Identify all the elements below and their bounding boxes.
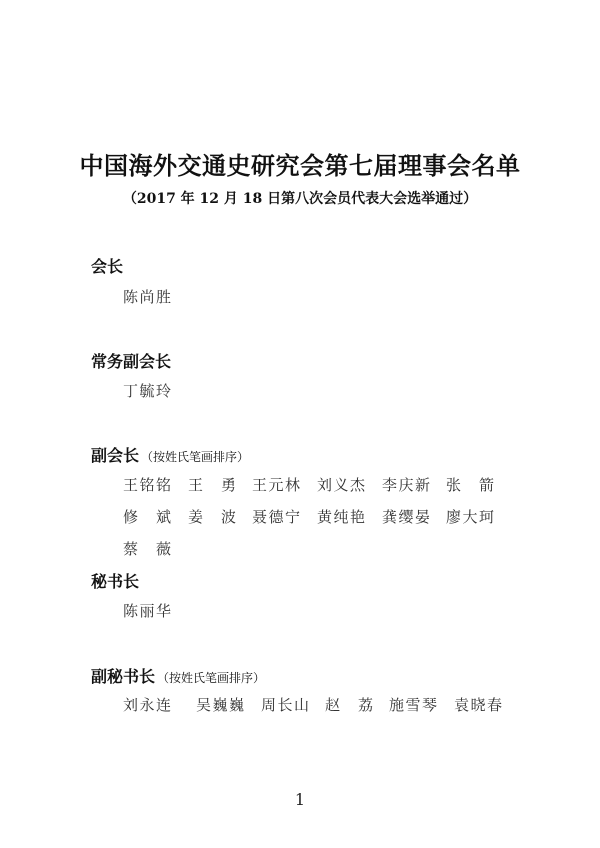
- name-vice-president: 王元林: [252, 474, 302, 495]
- name-vice-president: 聂德宁: [252, 506, 302, 527]
- name-secretary-general: 陈丽华: [123, 600, 173, 621]
- name-vice-president: 刘义杰: [317, 474, 367, 495]
- name-deputy-secretary-general: 赵 荔: [325, 694, 375, 715]
- section-heading-president: 会长: [91, 254, 123, 277]
- section-heading-vice-presidents: 副会长（按姓氏笔画排序）: [91, 443, 249, 466]
- name-executive-vice-president: 丁毓玲: [123, 380, 173, 401]
- section-heading-deputy-secretaries-general: 副秘书长（按姓氏笔画排序）: [91, 664, 265, 687]
- document-subtitle: （2017 年 12 月 18 日第八次会员代表大会选举通过）: [0, 188, 600, 208]
- name-vice-president: 廖大珂: [446, 506, 496, 527]
- name-president: 陈尚胜: [123, 286, 173, 307]
- name-vice-president: 张 箭: [446, 474, 496, 495]
- name-vice-president: 龚缨晏: [382, 506, 432, 527]
- heading-label: 副秘书长: [91, 667, 155, 686]
- name-vice-president: 李庆新: [382, 474, 432, 495]
- heading-label: 会长: [91, 257, 123, 276]
- document-title: 中国海外交通史研究会第七届理事会名单: [0, 146, 600, 181]
- section-heading-executive-vice-president: 常务副会长: [91, 349, 171, 372]
- name-vice-president: 姜 波: [188, 506, 238, 527]
- name-deputy-secretary-general: 袁晓春: [454, 694, 504, 715]
- page-number: 1: [0, 790, 600, 809]
- document-page: 中国海外交通史研究会第七届理事会名单 （2017 年 12 月 18 日第八次会…: [0, 0, 600, 848]
- sort-note: （按姓氏笔画排序）: [141, 450, 249, 464]
- heading-label: 副会长: [91, 446, 139, 465]
- name-vice-president: 蔡 薇: [123, 538, 173, 559]
- heading-label: 秘书长: [91, 572, 139, 591]
- section-heading-secretary-general: 秘书长: [91, 569, 139, 592]
- name-vice-president: 王铭铭: [123, 474, 173, 495]
- name-deputy-secretary-general: 周长山: [261, 694, 311, 715]
- name-deputy-secretary-general: 施雪琴: [389, 694, 439, 715]
- name-deputy-secretary-general: 刘永连: [123, 694, 173, 715]
- name-vice-president: 王 勇: [188, 474, 238, 495]
- name-deputy-secretary-general: 吴巍巍: [196, 694, 246, 715]
- name-vice-president: 黄纯艳: [317, 506, 367, 527]
- sort-note: （按姓氏笔画排序）: [157, 671, 265, 685]
- name-vice-president: 修 斌: [123, 506, 173, 527]
- heading-label: 常务副会长: [91, 352, 171, 371]
